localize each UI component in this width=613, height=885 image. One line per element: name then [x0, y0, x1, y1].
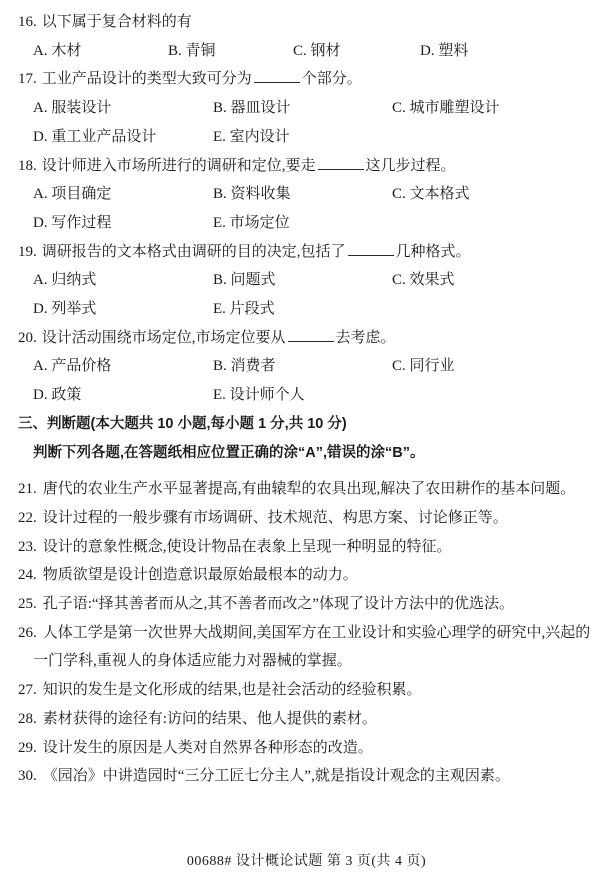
- option: D. 重工业产品设计: [33, 123, 213, 152]
- option: D. 政策: [33, 381, 213, 410]
- option-row: D. 重工业产品设计 E. 室内设计: [18, 123, 595, 152]
- option: D. 塑料: [420, 37, 468, 66]
- answer-blank: [254, 69, 300, 83]
- option-row: A. 产品价格 B. 消费者 C. 同行业: [18, 352, 595, 381]
- tf-item-27: 27.知识的发生是文化形成的结果,也是社会活动的经验积累。: [18, 676, 595, 705]
- question-number: 19.: [18, 244, 37, 260]
- question-number: 30.: [18, 768, 37, 784]
- stem-text: 设计活动围绕市场定位,市场定位要从: [42, 330, 286, 346]
- section-instruction: 判断下列各题,在答题纸相应位置正确的涂“A”,错误的涂“B”。: [18, 439, 595, 468]
- tf-text: 《园冶》中讲造园时“三分工匠七分主人”,就是指设计观念的主观因素。: [43, 768, 510, 784]
- option: A. 服装设计: [33, 94, 213, 123]
- question-number: 29.: [18, 740, 37, 756]
- question-19: 19.调研报告的文本格式由调研的目的决定,包括了几种格式。 A. 归纳式 B. …: [18, 238, 595, 324]
- tf-text: 设计发生的原因是人类对自然界各种形态的改造。: [43, 740, 373, 756]
- option: C. 同行业: [392, 352, 455, 381]
- question-16: 16.以下属于复合材料的有 A. 木材 B. 青铜 C. 钢材 D. 塑料: [18, 8, 595, 65]
- exam-page: 16.以下属于复合材料的有 A. 木材 B. 青铜 C. 钢材 D. 塑料 17…: [0, 0, 613, 885]
- question-18: 18.设计师进入市场所进行的调研和定位,要走这几步过程。 A. 项目确定 B. …: [18, 152, 595, 238]
- option-row: A. 木材 B. 青铜 C. 钢材 D. 塑料: [18, 37, 595, 66]
- stem-text: 工业产品设计的类型大致可分为: [42, 71, 252, 87]
- option: A. 归纳式: [33, 266, 213, 295]
- option: B. 青铜: [168, 37, 293, 66]
- question-number: 25.: [18, 596, 37, 612]
- option-row: A. 服装设计 B. 器皿设计 C. 城市雕塑设计: [18, 94, 595, 123]
- question-number: 16.: [18, 14, 37, 30]
- tf-text: 设计过程的一般步骤有市场调研、技术规范、构思方案、讨论修正等。: [43, 510, 508, 526]
- page-footer: 00688# 设计概论试题 第 3 页(共 4 页): [0, 850, 613, 870]
- option: E. 设计师个人: [213, 381, 392, 410]
- option-row: A. 归纳式 B. 问题式 C. 效果式: [18, 266, 595, 295]
- stem-text: 个部分。: [302, 71, 362, 87]
- tf-item-23: 23.设计的意象性概念,使设计物品在表象上呈现一种明显的特征。: [18, 533, 595, 562]
- option-row: D. 写作过程 E. 市场定位: [18, 209, 595, 238]
- question-number: 17.: [18, 71, 37, 87]
- option-row: D. 列举式 E. 片段式: [18, 295, 595, 324]
- question-number: 21.: [18, 481, 37, 497]
- tf-text: 物质欲望是设计创造意识最原始最根本的动力。: [43, 567, 358, 583]
- option: C. 文本格式: [392, 180, 470, 209]
- question-number: 22.: [18, 510, 37, 526]
- option: A. 木材: [33, 37, 168, 66]
- question-number: 27.: [18, 682, 37, 698]
- tf-item-28: 28.素材获得的途径有:访问的结果、他人提供的素材。: [18, 705, 595, 734]
- stem-text: 去考虑。: [336, 330, 396, 346]
- option: C. 钢材: [293, 37, 420, 66]
- stem-text: 设计师进入市场所进行的调研和定位,要走: [42, 158, 316, 174]
- option: A. 产品价格: [33, 352, 213, 381]
- tf-text: 知识的发生是文化形成的结果,也是社会活动的经验积累。: [43, 682, 422, 698]
- question-number: 18.: [18, 158, 37, 174]
- question-number: 24.: [18, 567, 37, 583]
- question-number: 28.: [18, 711, 37, 727]
- tf-item-24: 24.物质欲望是设计创造意识最原始最根本的动力。: [18, 561, 595, 590]
- option: B. 器皿设计: [213, 94, 392, 123]
- stem-text: 调研报告的文本格式由调研的目的决定,包括了: [42, 244, 346, 260]
- question-20: 20.设计活动围绕市场定位,市场定位要从去考虑。 A. 产品价格 B. 消费者 …: [18, 324, 595, 410]
- option: D. 列举式: [33, 295, 213, 324]
- answer-blank: [288, 328, 334, 342]
- option: E. 室内设计: [213, 123, 392, 152]
- option: E. 市场定位: [213, 209, 392, 238]
- question-stem: 18.设计师进入市场所进行的调研和定位,要走这几步过程。: [18, 152, 595, 181]
- stem-text: 几种格式。: [396, 244, 471, 260]
- true-false-list: 21.唐代的农业生产水平显著提高,有曲辕犁的农具出现,解决了农田耕作的基本问题。…: [18, 475, 595, 791]
- question-stem: 19.调研报告的文本格式由调研的目的决定,包括了几种格式。: [18, 238, 595, 267]
- question-stem: 16.以下属于复合材料的有: [18, 8, 595, 37]
- option: E. 片段式: [213, 295, 392, 324]
- section-heading: 三、判断题(本大题共 10 小题,每小题 1 分,共 10 分): [18, 410, 595, 439]
- question-17: 17.工业产品设计的类型大致可分为个部分。 A. 服装设计 B. 器皿设计 C.…: [18, 65, 595, 151]
- stem-text: 以下属于复合材料的有: [42, 14, 192, 30]
- question-number: 20.: [18, 330, 37, 346]
- option-row: A. 项目确定 B. 资料收集 C. 文本格式: [18, 180, 595, 209]
- option: C. 效果式: [392, 266, 455, 295]
- tf-text: 人体工学是第一次世界大战期间,美国军方在工业设计和实验心理学的研究中,兴起的一门…: [33, 625, 590, 670]
- answer-blank: [348, 242, 394, 256]
- tf-item-30: 30.《园冶》中讲造园时“三分工匠七分主人”,就是指设计观念的主观因素。: [18, 762, 595, 791]
- tf-text: 设计的意象性概念,使设计物品在表象上呈现一种明显的特征。: [43, 539, 452, 555]
- tf-item-26: 26.人体工学是第一次世界大战期间,美国军方在工业设计和实验心理学的研究中,兴起…: [18, 619, 595, 676]
- option-row: D. 政策 E. 设计师个人: [18, 381, 595, 410]
- tf-text: 唐代的农业生产水平显著提高,有曲辕犁的农具出现,解决了农田耕作的基本问题。: [43, 481, 576, 497]
- tf-item-29: 29.设计发生的原因是人类对自然界各种形态的改造。: [18, 734, 595, 763]
- question-stem: 17.工业产品设计的类型大致可分为个部分。: [18, 65, 595, 94]
- option: D. 写作过程: [33, 209, 213, 238]
- option: B. 问题式: [213, 266, 392, 295]
- question-stem: 20.设计活动围绕市场定位,市场定位要从去考虑。: [18, 324, 595, 353]
- tf-item-21: 21.唐代的农业生产水平显著提高,有曲辕犁的农具出现,解决了农田耕作的基本问题。: [18, 475, 595, 504]
- tf-item-25: 25.孔子语:“择其善者而从之,其不善者而改之”体现了设计方法中的优选法。: [18, 590, 595, 619]
- question-number: 23.: [18, 539, 37, 555]
- option: B. 消费者: [213, 352, 392, 381]
- stem-text: 这几步过程。: [366, 158, 456, 174]
- option: C. 城市雕塑设计: [392, 94, 500, 123]
- tf-item-22: 22.设计过程的一般步骤有市场调研、技术规范、构思方案、讨论修正等。: [18, 504, 595, 533]
- option: A. 项目确定: [33, 180, 213, 209]
- option: B. 资料收集: [213, 180, 392, 209]
- answer-blank: [318, 156, 364, 170]
- tf-text: 孔子语:“择其善者而从之,其不善者而改之”体现了设计方法中的优选法。: [43, 596, 514, 612]
- tf-text: 素材获得的途径有:访问的结果、他人提供的素材。: [43, 711, 377, 727]
- question-number: 26.: [18, 625, 37, 641]
